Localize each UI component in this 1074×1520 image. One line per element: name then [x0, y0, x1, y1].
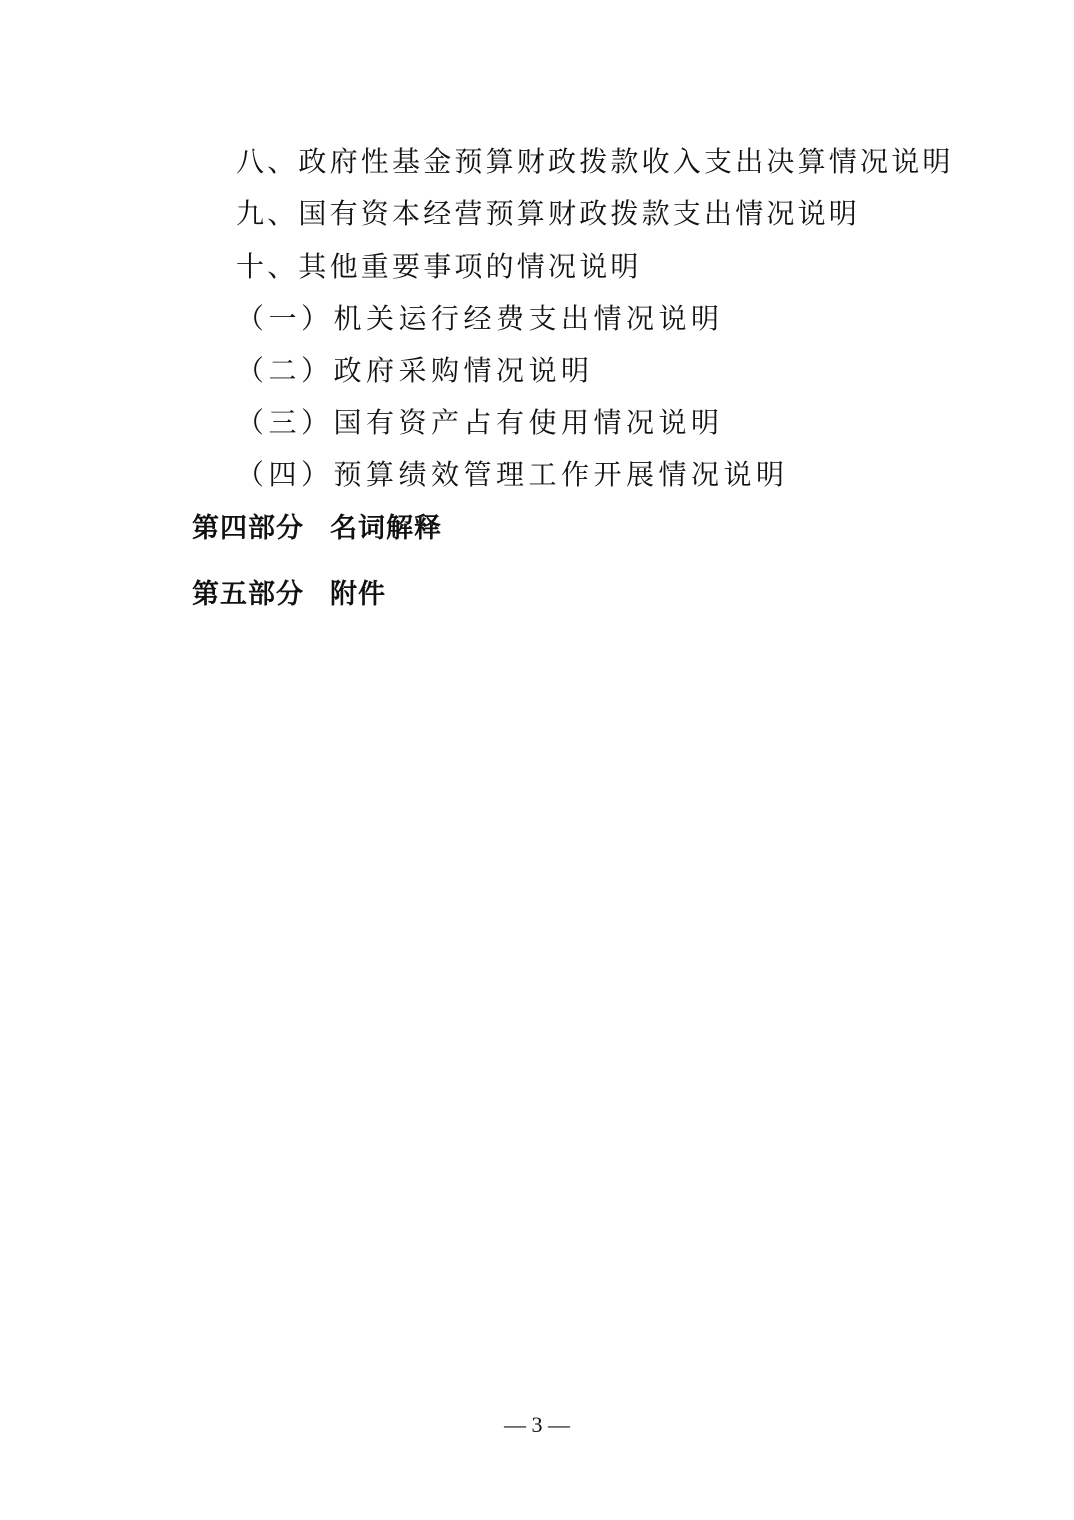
toc-subitem-1: （一）机关运行经费支出情况说明: [236, 301, 724, 337]
part-four-heading: 第四部分名词解释: [192, 511, 442, 547]
toc-subitem-3: （三）国有资产占有使用情况说明: [236, 405, 724, 441]
part-title: 附件: [330, 579, 386, 610]
toc-item-10: 十、其他重要事项的情况说明: [236, 249, 642, 285]
toc-subitem-2: （二）政府采购情况说明: [236, 353, 594, 389]
part-title: 名词解释: [330, 513, 442, 544]
part-label: 第五部分: [192, 579, 304, 610]
page-number: — 3 —: [0, 1410, 1074, 1440]
part-five-heading: 第五部分附件: [192, 577, 386, 613]
toc-subitem-4: （四）预算绩效管理工作开展情况说明: [236, 457, 789, 493]
toc-item-9: 九、国有资本经营预算财政拨款支出情况说明: [236, 196, 860, 232]
part-label: 第四部分: [192, 513, 304, 544]
toc-item-8: 八、政府性基金预算财政拨款收入支出决算情况说明: [236, 144, 954, 180]
